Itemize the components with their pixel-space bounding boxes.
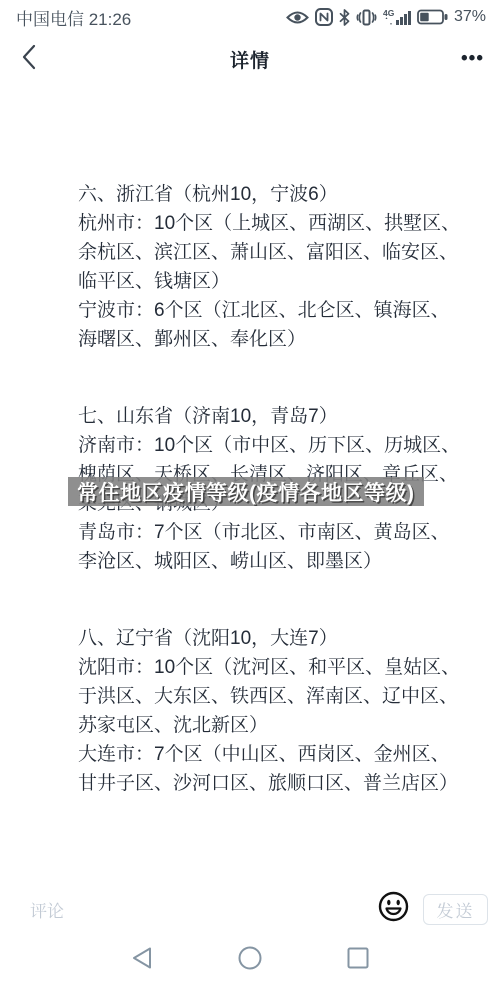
text-line: 李沧区、城阳区、崂山区、即墨区）: [78, 547, 478, 576]
text-line: 苏家屯区、沈北新区）: [78, 711, 478, 740]
header: 详情 •••: [0, 36, 500, 82]
triangle-back-icon: [131, 946, 153, 975]
status-bar: 中国电信 21:26: [0, 0, 500, 32]
text-line: 余杭区、滨江区、萧山区、富阳区、临安区、: [78, 238, 478, 267]
watermark-text: 常住地区疫情等级(疫情各地区等级): [68, 477, 415, 507]
text-line: 杭州市：10个区（上城区、西湖区、拱墅区、: [78, 209, 478, 238]
page-title: 详情: [0, 46, 500, 73]
signal-4g-icon: 4G: [383, 8, 411, 26]
text-line: 济南市：10个区（市中区、历下区、历城区、: [78, 431, 478, 460]
bluetooth-icon: [339, 9, 350, 26]
text-line: 海曙区、鄞州区、奉化区）: [78, 325, 478, 354]
nav-home-button[interactable]: [238, 948, 262, 972]
nfc-icon: [315, 8, 333, 26]
comment-bar: 评论 发送: [0, 884, 500, 934]
comment-input[interactable]: 评论: [30, 897, 377, 922]
carrier-and-time: 中国电信 21:26: [16, 5, 131, 30]
text-line: 七、山东省（济南10，青岛7）: [78, 402, 478, 431]
watermark-overlay: 常住地区疫情等级(疫情各地区等级): [68, 477, 424, 506]
smiley-icon: [378, 891, 409, 927]
back-chevron-icon: [22, 44, 36, 75]
vibrate-icon: [356, 9, 377, 26]
text-line: 于洪区、大东区、铁西区、浑南区、辽中区、: [78, 682, 478, 711]
android-nav-bar: [0, 934, 500, 986]
article-body: 六、浙江省（杭州10，宁波6） 杭州市：10个区（上城区、西湖区、拱墅区、 余杭…: [78, 180, 478, 846]
nav-recents-button[interactable]: [346, 948, 370, 972]
circle-home-icon: [238, 946, 262, 975]
more-options-button[interactable]: •••: [461, 40, 484, 78]
text-line: 八、辽宁省（沈阳10，大连7）: [78, 624, 478, 653]
section-zhejiang: 六、浙江省（杭州10，宁波6） 杭州市：10个区（上城区、西湖区、拱墅区、 余杭…: [78, 180, 478, 354]
text-line: 青岛市：7个区（市北区、市南区、黄岛区、: [78, 518, 478, 547]
svg-text:4G: 4G: [383, 8, 395, 18]
text-line: 宁波市：6个区（江北区、北仑区、镇海区、: [78, 296, 478, 325]
square-recents-icon: [347, 947, 369, 974]
send-button[interactable]: 发送: [423, 894, 488, 925]
section-liaoning: 八、辽宁省（沈阳10，大连7） 沈阳市：10个区（沈河区、和平区、皇姑区、 于洪…: [78, 624, 478, 798]
nav-back-button[interactable]: [130, 948, 154, 972]
text-line: 临平区、钱塘区）: [78, 267, 478, 296]
eye-protection-icon: [286, 10, 309, 25]
text-line: 六、浙江省（杭州10，宁波6）: [78, 180, 478, 209]
emoji-button[interactable]: [377, 893, 409, 925]
back-button[interactable]: [14, 44, 44, 74]
battery-percent: 37%: [454, 8, 486, 26]
status-icons: 4G 37%: [286, 8, 486, 26]
text-line: 甘井子区、沙河口区、旅顺口区、普兰店区）: [78, 769, 478, 798]
battery-icon: [417, 9, 448, 25]
text-line: 沈阳市：10个区（沈河区、和平区、皇姑区、: [78, 653, 478, 682]
text-line: 大连市：7个区（中山区、西岗区、金州区、: [78, 740, 478, 769]
